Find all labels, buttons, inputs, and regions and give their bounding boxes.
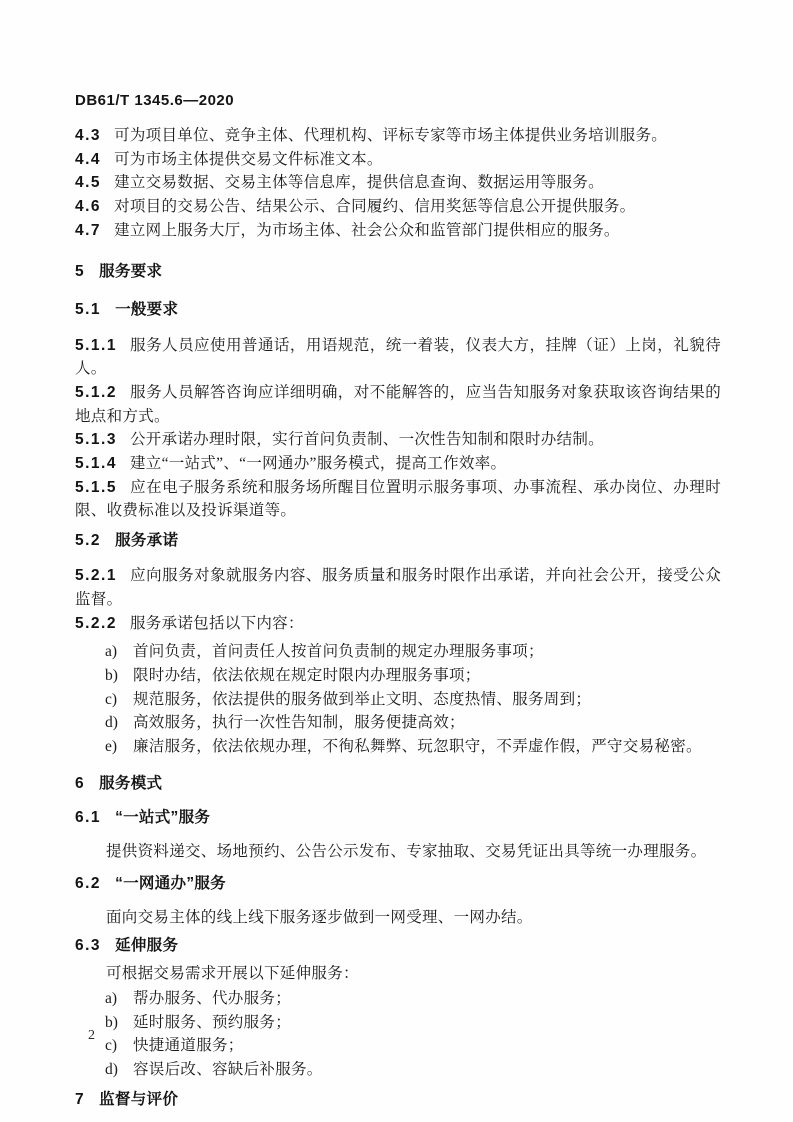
clause-text: 应在电子服务系统和服务场所醒目位置明示服务事项、办事流程、承办岗位、办理时限、收…	[75, 479, 721, 520]
clause-text: 公开承诺办理时限，实行首问负责制、一次性告知制和限时办结制。	[130, 431, 604, 448]
clause-number: 5.1.1	[75, 337, 117, 354]
list-item-a: a)帮办服务、代办服务；	[75, 987, 721, 1011]
clause-number: 5.1.4	[75, 455, 117, 472]
clause-text: 应向服务对象就服务内容、服务质量和服务时限作出承诺，并向社会公开，接受公众监督。	[75, 567, 721, 608]
document-page: DB61/T 1345.6—2020 4.3可为项目单位、竞争主体、代理机构、评…	[0, 0, 793, 1122]
section-number: 5.2	[75, 532, 101, 549]
list-text: 限时办结，依法依规在规定时限内办理服务事项；	[133, 667, 481, 684]
list-item-b: b)限时办结，依法依规在规定时限内办理服务事项；	[75, 664, 721, 688]
page-content: DB61/T 1345.6—2020 4.3可为项目单位、竞争主体、代理机构、评…	[75, 0, 721, 1111]
clause-number: 5.1.3	[75, 431, 117, 448]
clause-number: 4.7	[75, 222, 101, 239]
clause-text: 服务承诺包括以下内容：	[130, 615, 304, 632]
clause-text: 可为项目单位、竞争主体、代理机构、评标专家等市场主体提供业务培训服务。	[114, 127, 667, 144]
section-6-3-paragraph: 可根据交易需求开展以下延伸服务：	[75, 962, 721, 986]
document-number-header: DB61/T 1345.6—2020	[75, 92, 721, 109]
list-item-d: d)容误后改、容缺后补服务。	[75, 1058, 721, 1082]
section-title: 服务模式	[99, 775, 162, 792]
list-text: 廉洁服务，依法依规办理，不徇私舞弊、玩忽职守，不弄虚作假，严守交易秘密。	[133, 738, 702, 755]
clause-4-7: 4.7建立网上服务大厅，为市场主体、社会公众和监管部门提供相应的服务。	[75, 219, 721, 243]
clause-5-1-1: 5.1.1服务人员应使用普通话，用语规范，统一着装，仪表大方，挂牌（证）上岗，礼…	[75, 334, 721, 381]
list-marker: d)	[105, 711, 133, 735]
list-marker: d)	[105, 1058, 133, 1082]
list-text: 首问负责，首问责任人按首问负责制的规定办理服务事项；	[133, 643, 544, 660]
clause-5-1-4: 5.1.4建立“一站式”、“一网通办”服务模式，提高工作效率。	[75, 452, 721, 476]
list-marker: c)	[105, 1034, 133, 1058]
clause-number: 4.3	[75, 127, 101, 144]
list-item-b: b)延时服务、预约服务；	[75, 1011, 721, 1035]
extended-services-list: a)帮办服务、代办服务； b)延时服务、预约服务； c)快捷通道服务； d)容误…	[75, 987, 721, 1082]
list-marker: a)	[105, 640, 133, 664]
section-number: 6.1	[75, 809, 101, 826]
section-title: 服务承诺	[115, 532, 178, 549]
section-5-2-heading: 5.2服务承诺	[75, 530, 721, 552]
section-number: 6	[75, 775, 85, 792]
list-item-c: c)规范服务，依法提供的服务做到举止文明、态度热情、服务周到；	[75, 688, 721, 712]
section-title: 延伸服务	[115, 937, 178, 954]
section-title: 监督与评价	[99, 1091, 178, 1108]
commitment-list: a)首问负责，首问责任人按首问负责制的规定办理服务事项； b)限时办结，依法依规…	[75, 640, 721, 759]
list-marker: a)	[105, 987, 133, 1011]
section-6-3-heading: 6.3延伸服务	[75, 935, 721, 957]
section-6-2-paragraph: 面向交易主体的线上线下服务逐步做到一网受理、一网办结。	[75, 906, 721, 930]
clause-5-1-2: 5.1.2服务人员解答咨询应详细明确，对不能解答的，应当告知服务对象获取该咨询结…	[75, 381, 721, 428]
clause-number: 4.6	[75, 198, 101, 215]
clause-group-4: 4.3可为项目单位、竞争主体、代理机构、评标专家等市场主体提供业务培训服务。 4…	[75, 124, 721, 243]
clause-group-5-1: 5.1.1服务人员应使用普通话，用语规范，统一着装，仪表大方，挂牌（证）上岗，礼…	[75, 334, 721, 524]
clause-text: 建立网上服务大厅，为市场主体、社会公众和监管部门提供相应的服务。	[114, 222, 620, 239]
section-title: 服务要求	[99, 263, 162, 280]
clause-number: 5.1.2	[75, 384, 117, 401]
section-number: 5	[75, 263, 85, 280]
section-6-2-heading: 6.2“一网通办”服务	[75, 873, 721, 895]
clause-5-2-2: 5.2.2服务承诺包括以下内容：	[75, 612, 721, 636]
list-item-d: d)高效服务，执行一次性告知制，服务便捷高效；	[75, 711, 721, 735]
section-number: 6.2	[75, 875, 101, 892]
clause-text: 服务人员解答咨询应详细明确，对不能解答的，应当告知服务对象获取该咨询结果的地点和…	[75, 384, 721, 425]
clause-5-2-1: 5.2.1应向服务对象就服务内容、服务质量和服务时限作出承诺，并向社会公开，接受…	[75, 564, 721, 611]
clause-number: 4.4	[75, 151, 101, 168]
clause-number: 5.1.5	[75, 479, 117, 496]
clause-text: 对项目的交易公告、结果公示、合同履约、信用奖惩等信息公开提供服务。	[114, 198, 635, 215]
clause-text: 可为市场主体提供交易文件标准文本。	[114, 151, 383, 168]
list-marker: b)	[105, 1011, 133, 1035]
list-item-a: a)首问负责，首问责任人按首问负责制的规定办理服务事项；	[75, 640, 721, 664]
clause-text: 建立“一站式”、“一网通办”服务模式，提高工作效率。	[130, 455, 506, 472]
section-title: “一网通办”服务	[115, 875, 226, 892]
clause-5-1-5: 5.1.5应在电子服务系统和服务场所醒目位置明示服务事项、办事流程、承办岗位、办…	[75, 476, 721, 523]
clause-number: 5.2.2	[75, 615, 117, 632]
section-number: 6.3	[75, 937, 101, 954]
list-marker: b)	[105, 664, 133, 688]
clause-number: 5.2.1	[75, 567, 117, 584]
clause-4-6: 4.6对项目的交易公告、结果公示、合同履约、信用奖惩等信息公开提供服务。	[75, 195, 721, 219]
section-title: 一般要求	[115, 301, 178, 318]
clause-text: 服务人员应使用普通话，用语规范，统一着装，仪表大方，挂牌（证）上岗，礼貌待人。	[75, 337, 721, 378]
clause-4-4: 4.4可为市场主体提供交易文件标准文本。	[75, 148, 721, 172]
list-text: 容误后改、容缺后补服务。	[133, 1061, 323, 1078]
section-6-1-paragraph: 提供资料递交、场地预约、公告公示发布、专家抽取、交易凭证出具等统一办理服务。	[75, 840, 721, 864]
list-text: 延时服务、预约服务；	[133, 1014, 291, 1031]
section-5-heading: 5服务要求	[75, 261, 721, 283]
list-marker: c)	[105, 688, 133, 712]
list-text: 帮办服务、代办服务；	[133, 990, 291, 1007]
list-item-e: e)廉洁服务，依法依规办理，不徇私舞弊、玩忽职守，不弄虚作假，严守交易秘密。	[75, 735, 721, 759]
clause-5-1-3: 5.1.3公开承诺办理时限，实行首问负责制、一次性告知制和限时办结制。	[75, 428, 721, 452]
section-number: 5.1	[75, 301, 101, 318]
list-item-c: c)快捷通道服务；	[75, 1034, 721, 1058]
list-text: 高效服务，执行一次性告知制，服务便捷高效；	[133, 714, 465, 731]
clause-number: 4.5	[75, 174, 101, 191]
clause-4-5: 4.5建立交易数据、交易主体等信息库，提供信息查询、数据运用等服务。	[75, 171, 721, 195]
list-text: 快捷通道服务；	[133, 1037, 244, 1054]
clause-group-5-2: 5.2.1应向服务对象就服务内容、服务质量和服务时限作出承诺，并向社会公开，接受…	[75, 564, 721, 635]
list-text: 规范服务，依法提供的服务做到举止文明、态度热情、服务周到；	[133, 691, 591, 708]
section-number: 7	[75, 1091, 85, 1108]
clause-text: 建立交易数据、交易主体等信息库，提供信息查询、数据运用等服务。	[114, 174, 604, 191]
clause-4-3: 4.3可为项目单位、竞争主体、代理机构、评标专家等市场主体提供业务培训服务。	[75, 124, 721, 148]
section-5-1-heading: 5.1一般要求	[75, 299, 721, 321]
section-6-1-heading: 6.1“一站式”服务	[75, 807, 721, 829]
section-title: “一站式”服务	[115, 809, 210, 826]
page-number: 2	[88, 1028, 95, 1044]
section-6-heading: 6服务模式	[75, 773, 721, 795]
list-marker: e)	[105, 735, 133, 759]
section-7-heading: 7监督与评价	[75, 1089, 721, 1111]
